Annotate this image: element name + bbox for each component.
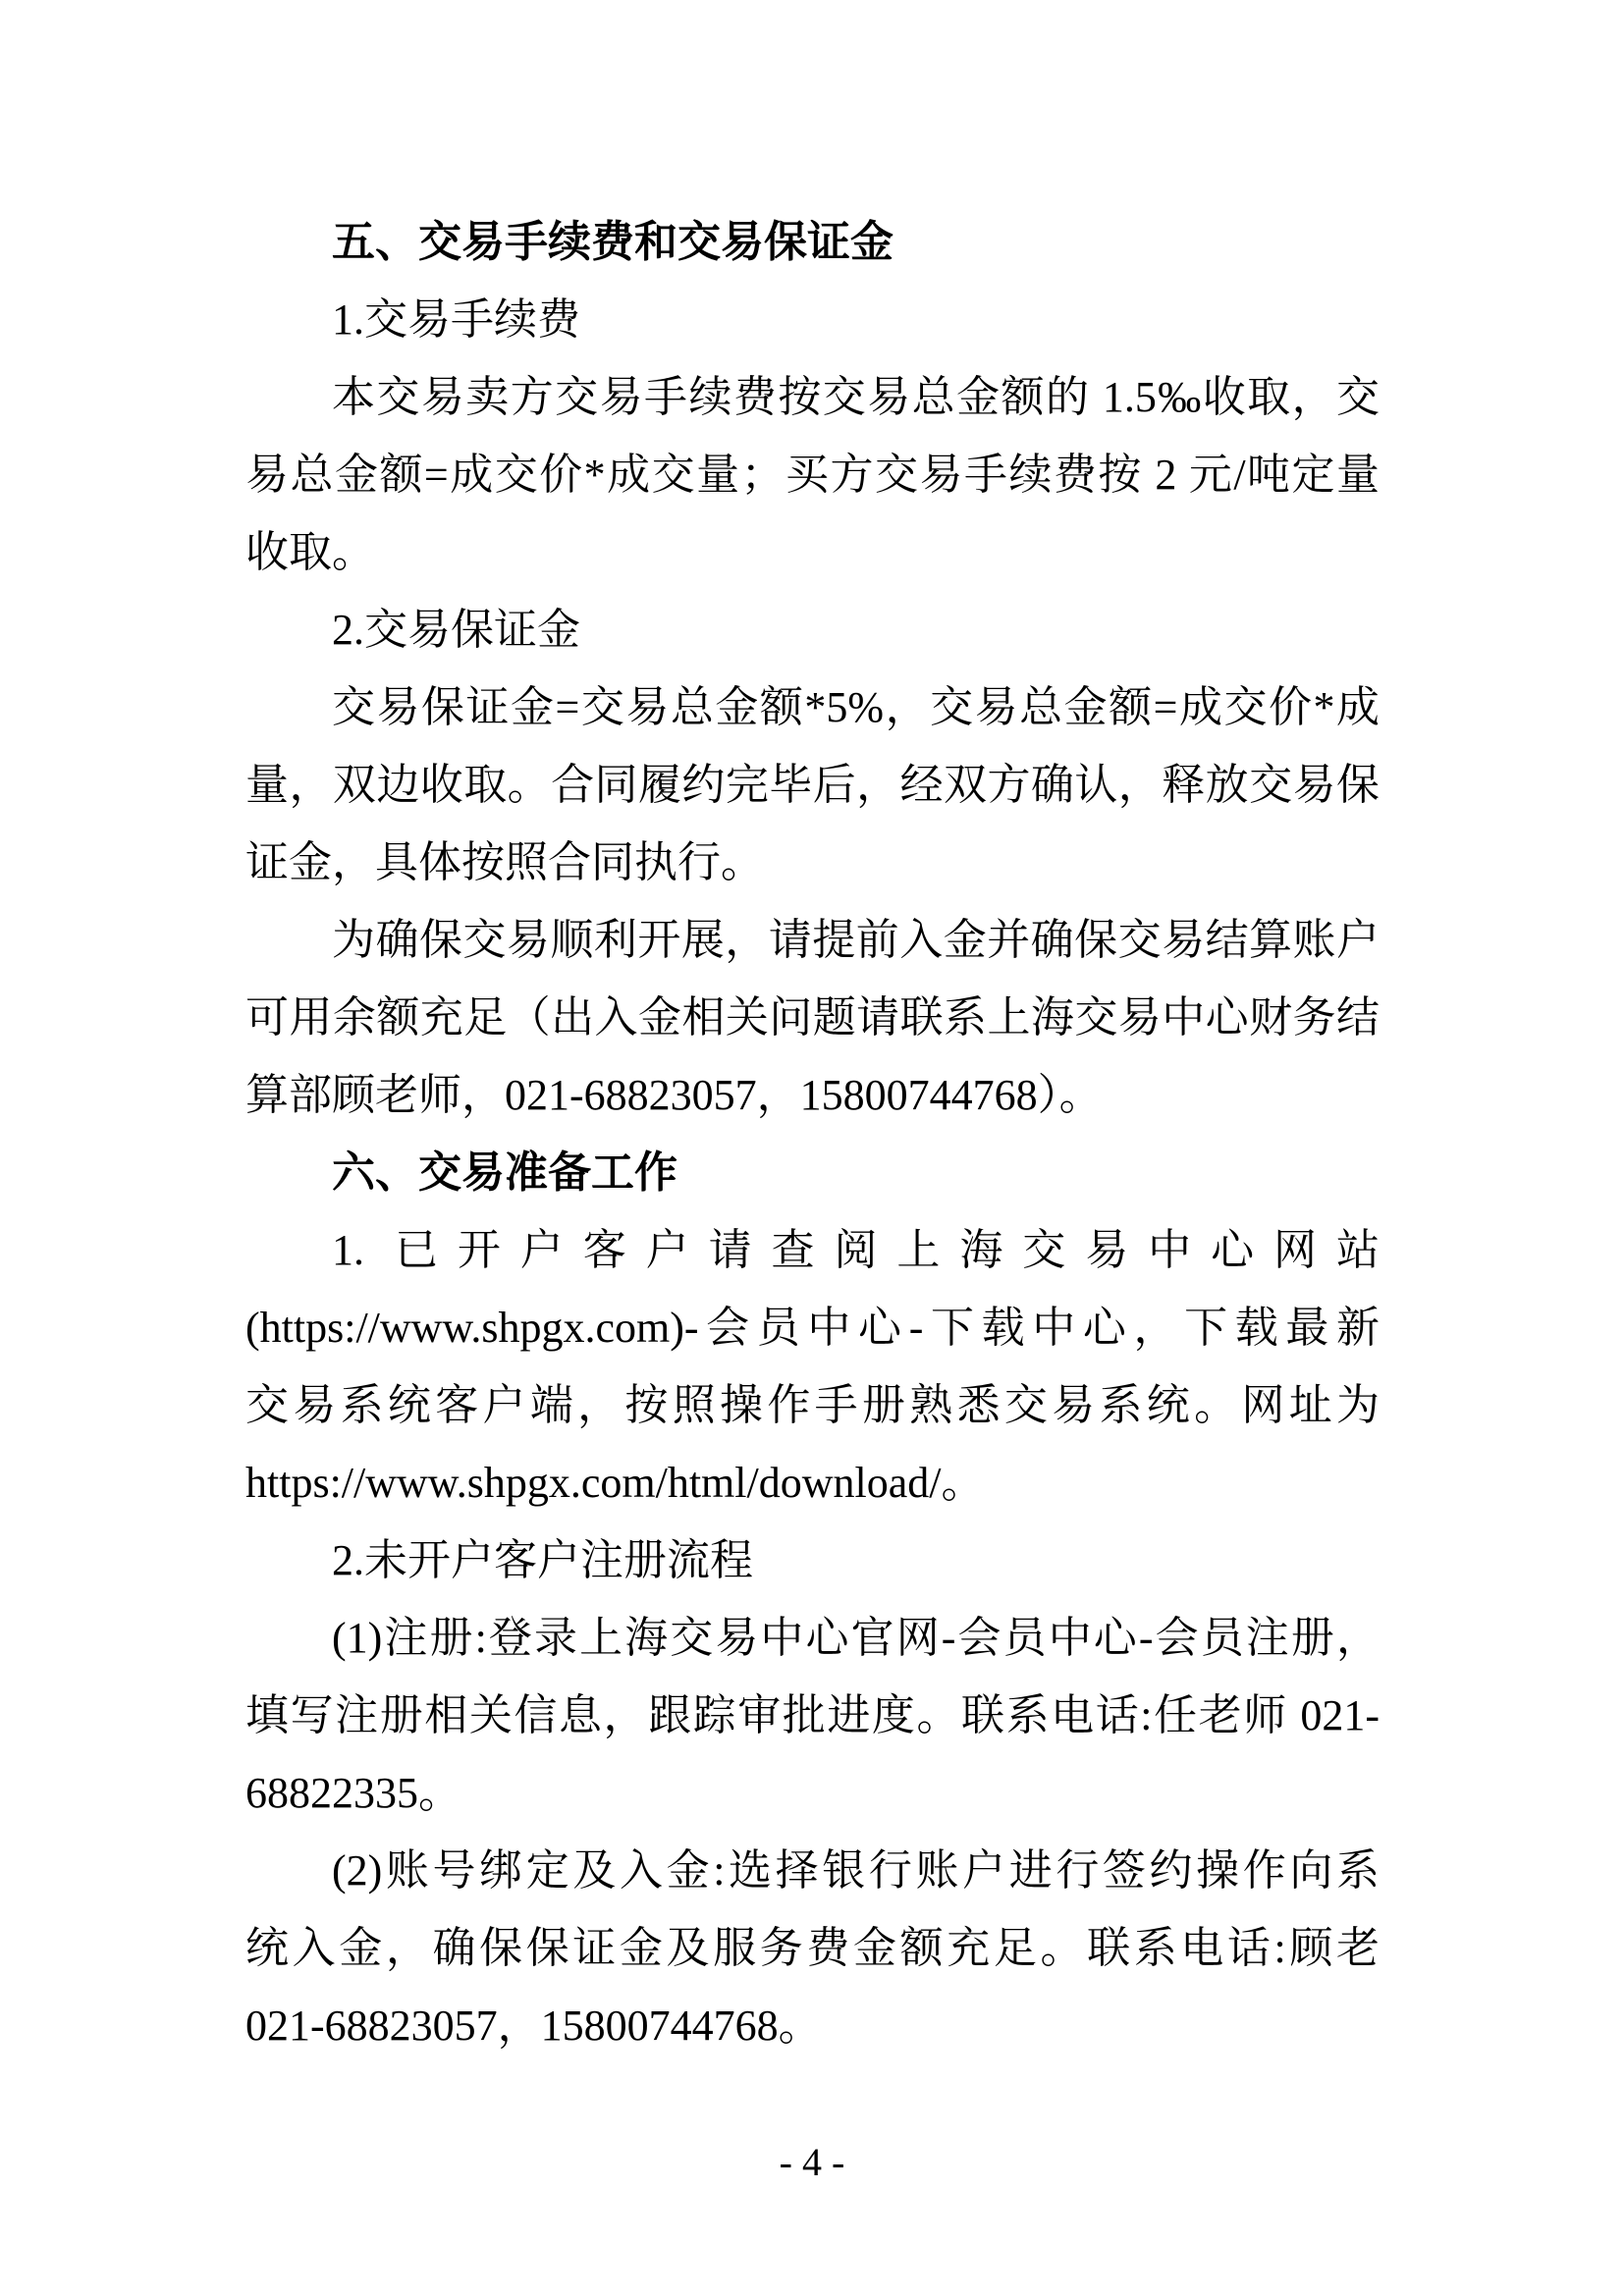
text-line: (1)注册:登录上海交易中心官网-会员中心-会员注册，	[245, 1599, 1380, 1677]
text-line: 量，双边收取。合同履约完毕后，经双方确认，释放交易保	[245, 746, 1380, 824]
text-line: 可用余额充足（出入金相关问题请联系上海交易中心财务结	[245, 979, 1380, 1056]
text-line: 68822335。	[245, 1754, 1380, 1832]
page-number: - 4 -	[0, 2143, 1624, 2182]
text-line: (https://www.shpgx.com)-会员中心-下载中心，下载最新	[245, 1289, 1380, 1366]
text-line: (2)账号绑定及入金:选择银行账户进行签约操作向系	[245, 1832, 1380, 1909]
text-line: 交易系统客户端，按照操作手册熟悉交易系统。网址为	[245, 1366, 1380, 1444]
text-line: 为确保交易顺利开展，请提前入金并确保交易结算账户	[245, 901, 1380, 979]
text-line: 填写注册相关信息，跟踪审批进度。联系电话:任老师 021-	[245, 1677, 1380, 1754]
list-item-1-title: 1.交易手续费	[245, 281, 1380, 358]
document-body: 五、交易手续费和交易保证金 1.交易手续费 本交易卖方交易手续费按交易总金额的 …	[245, 203, 1380, 2064]
document-page: 五、交易手续费和交易保证金 1.交易手续费 本交易卖方交易手续费按交易总金额的 …	[0, 0, 1624, 2296]
section-heading-5: 五、交易手续费和交易保证金	[245, 203, 1380, 281]
list-item-2-title: 2.交易保证金	[245, 591, 1380, 668]
text-line: 算部顾老师，021-68823057，15800744768）。	[245, 1056, 1380, 1134]
text-line: 021-68823057，15800744768。	[245, 1987, 1380, 2064]
text-line: 1. 已开户客户请查阅上海交易中心网站	[245, 1211, 1380, 1289]
list-item-2b-title: 2.未开户客户注册流程	[245, 1522, 1380, 1599]
text-line: 统入金，确保保证金及服务费金额充足。联系电话:顾老师，	[245, 1909, 1380, 1987]
download-url-line: https://www.shpgx.com/html/download/。	[245, 1444, 1380, 1522]
text-line: 本交易卖方交易手续费按交易总金额的 1.5‰收取，交	[245, 358, 1380, 436]
text-line: 交易保证金=交易总金额*5%，交易总金额=成交价*成交	[245, 668, 1380, 746]
text-line: 证金，具体按照合同执行。	[245, 824, 1380, 901]
section-heading-6: 六、交易准备工作	[245, 1134, 1380, 1211]
text-line: 易总金额=成交价*成交量；买方交易手续费按 2 元/吨定量	[245, 436, 1380, 513]
text-line: 收取。	[245, 513, 1380, 591]
